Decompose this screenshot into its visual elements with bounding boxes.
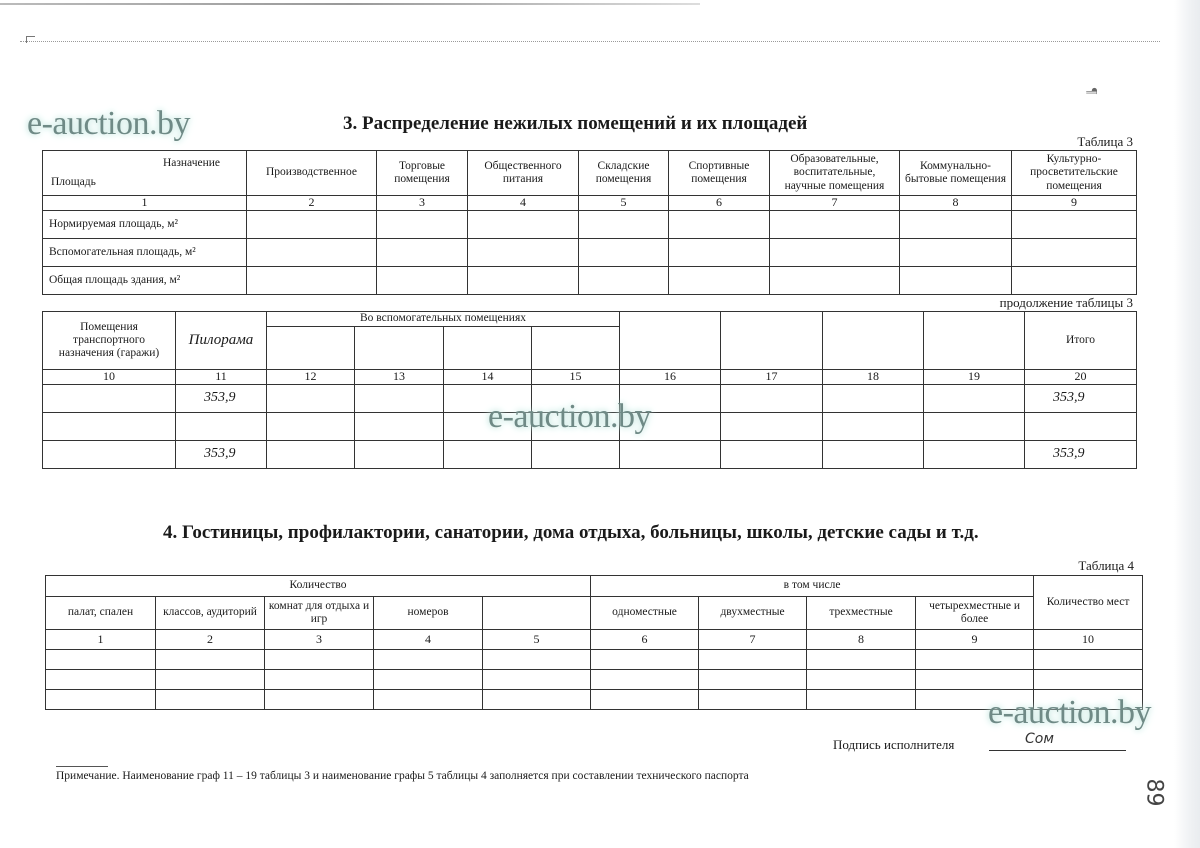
col-number: 10 [43, 370, 176, 385]
table-cell: 353,9 [1025, 441, 1137, 469]
table-cell [532, 441, 620, 469]
table3-diagonal-header: Назначение Площадь [43, 151, 247, 196]
table-cell [823, 385, 924, 413]
col-number: 1 [46, 630, 156, 650]
col-header: Спортивные помещения [669, 151, 770, 196]
table-cell [355, 441, 444, 469]
table-cell [807, 690, 916, 710]
col-header-total: Итого [1025, 312, 1137, 370]
handwritten-page-number: 89 [1142, 779, 1167, 807]
table-cell [1012, 267, 1137, 295]
col-number: 13 [355, 370, 444, 385]
col-number: 14 [444, 370, 532, 385]
table-cell [924, 385, 1025, 413]
table-cell [374, 690, 483, 710]
col-number: 5 [579, 196, 669, 211]
table-cell: 353,9 [1025, 385, 1137, 413]
table-cell [377, 211, 468, 239]
table-cell [247, 211, 377, 239]
table-cell [807, 650, 916, 670]
table-row [46, 670, 1143, 690]
table4: Количество в том числе Количество мест п… [45, 575, 1143, 710]
table-cell [265, 670, 374, 690]
table-cell [900, 211, 1012, 239]
column-numbers-row: 1 2 3 4 5 6 7 8 9 [43, 196, 1137, 211]
table-cell [669, 239, 770, 267]
table-cell [579, 211, 669, 239]
table-cell [770, 211, 900, 239]
table-cell [591, 650, 699, 670]
corner-mark [26, 36, 35, 43]
col-header-places: Количество мест [1034, 576, 1143, 630]
signature-label: Подпись исполнителя [833, 737, 954, 753]
table-cell [1034, 650, 1143, 670]
watermark: e-auction.by [988, 694, 1151, 732]
table-cell [46, 690, 156, 710]
table-cell [483, 690, 591, 710]
table-cell [807, 670, 916, 690]
table-cell [770, 267, 900, 295]
group-header-quantity: Количество [46, 576, 591, 597]
col-number: 18 [823, 370, 924, 385]
table-row [46, 690, 1143, 710]
table-cell: 353,9 [176, 441, 267, 469]
table-cell [267, 385, 355, 413]
table-cell [924, 413, 1025, 441]
signature-line [989, 750, 1126, 751]
table-cell [770, 239, 900, 267]
watermark: e-auction.by [488, 398, 651, 436]
col-header-sawmill: Пилорама [176, 312, 267, 370]
col-number: 17 [721, 370, 823, 385]
group-header-including: в том числе [591, 576, 1034, 597]
table-row: 353,9353,9 [43, 441, 1137, 469]
table-cell [156, 650, 265, 670]
col-number: 19 [924, 370, 1025, 385]
col-number: 2 [156, 630, 265, 650]
table-cell [1012, 239, 1137, 267]
col-number: 6 [669, 196, 770, 211]
table-cell [374, 650, 483, 670]
col-header-empty [924, 312, 1025, 370]
table-cell [721, 385, 823, 413]
col-number: 10 [1034, 630, 1143, 650]
table-row [46, 650, 1143, 670]
col-header-empty [620, 312, 721, 370]
table-cell [699, 650, 807, 670]
table-cell [444, 441, 532, 469]
table-cell [916, 650, 1034, 670]
table-cell [823, 441, 924, 469]
footnote-rule [56, 766, 108, 767]
row-label: Общая площадь здания, м² [43, 267, 247, 295]
table-cell [699, 690, 807, 710]
table-cell [1034, 670, 1143, 690]
table-cell [1025, 413, 1137, 441]
table-cell [247, 267, 377, 295]
col-number: 4 [468, 196, 579, 211]
table-cell [916, 670, 1034, 690]
table-cell [355, 385, 444, 413]
table-cell [468, 239, 579, 267]
col-header: Торговые помещения [377, 151, 468, 196]
header-purpose: Назначение [163, 157, 220, 170]
table-cell [483, 650, 591, 670]
table-cell [43, 441, 176, 469]
table-cell [721, 413, 823, 441]
col-number: 4 [374, 630, 483, 650]
table-cell [267, 441, 355, 469]
table-cell [176, 413, 267, 441]
col-header: одноместные [591, 597, 699, 630]
table-cell [468, 211, 579, 239]
table3-caption: Таблица 3 [1077, 134, 1133, 150]
table-row: Общая площадь здания, м² [43, 267, 1137, 295]
col-number: 15 [532, 370, 620, 385]
row-label: Вспомогательная площадь, м² [43, 239, 247, 267]
table-cell [46, 670, 156, 690]
handwritten-mark-top: ¶ [1083, 88, 1099, 94]
table4-caption: Таблица 4 [1078, 558, 1134, 574]
col-header: Производственное [247, 151, 377, 196]
table-cell [591, 670, 699, 690]
col-header: Складские помещения [579, 151, 669, 196]
table-cell [483, 670, 591, 690]
table-row: Вспомогательная площадь, м² [43, 239, 1137, 267]
col-header: классов, аудиторий [156, 597, 265, 630]
table-cell [43, 413, 176, 441]
table-cell: 353,9 [176, 385, 267, 413]
col-header: трехместные [807, 597, 916, 630]
table-cell [924, 441, 1025, 469]
table-cell [669, 267, 770, 295]
table-cell [355, 413, 444, 441]
col-number: 6 [591, 630, 699, 650]
col-number: 16 [620, 370, 721, 385]
table3-continuation: Помещения транспортного назначения (гара… [42, 311, 1137, 469]
table-cell [43, 385, 176, 413]
col-number: 20 [1025, 370, 1137, 385]
col-number: 8 [900, 196, 1012, 211]
column-numbers-row: 12345678910 [46, 630, 1143, 650]
col-number: 3 [377, 196, 468, 211]
table-cell [46, 650, 156, 670]
table-cell [579, 239, 669, 267]
col-header: Культурно-просветительские помещения [1012, 151, 1137, 196]
table4-title: 4. Гостиницы, профилактории, санатории, … [163, 522, 979, 544]
col-number: 8 [807, 630, 916, 650]
col-number: 7 [699, 630, 807, 650]
table-cell [900, 267, 1012, 295]
table3-title: 3. Распределение нежилых помещений и их … [343, 113, 807, 135]
table-cell [579, 267, 669, 295]
table-cell [265, 690, 374, 710]
table-cell [591, 690, 699, 710]
table-cell [377, 239, 468, 267]
col-header-empty [823, 312, 924, 370]
watermark: e-auction.by [27, 105, 190, 143]
table-row: Нормируемая площадь, м² [43, 211, 1137, 239]
header-area: Площадь [51, 176, 96, 189]
column-numbers-row: 1011121314151617181920 [43, 370, 1137, 385]
col-header-garages: Помещения транспортного назначения (гара… [43, 312, 176, 370]
col-header: комнат для отдыха и игр [265, 597, 374, 630]
footnote: Примечание. Наименование граф 11 – 19 та… [56, 770, 749, 782]
col-header: номеров [374, 597, 483, 630]
col-header: двухместные [699, 597, 807, 630]
table-cell [265, 650, 374, 670]
table3: Назначение Площадь Производственное Торг… [42, 150, 1137, 295]
table-cell [1012, 211, 1137, 239]
scan-page-edge [1174, 0, 1200, 848]
col-header-empty [355, 327, 444, 370]
col-header [483, 597, 591, 630]
table-cell [620, 441, 721, 469]
col-number: 9 [1012, 196, 1137, 211]
col-number: 3 [265, 630, 374, 650]
col-header-empty [444, 327, 532, 370]
col-header: Коммунально-бытовые помещения [900, 151, 1012, 196]
col-number: 1 [43, 196, 247, 211]
table3-continuation-caption: продолжение таблицы 3 [1000, 295, 1133, 311]
table-cell [156, 690, 265, 710]
table-cell [156, 670, 265, 690]
table-cell [247, 239, 377, 267]
col-header-empty [532, 327, 620, 370]
table-cell [699, 670, 807, 690]
row-label: Нормируемая площадь, м² [43, 211, 247, 239]
signature-handwriting: Сом [1025, 731, 1054, 747]
table-cell [377, 267, 468, 295]
col-number: 5 [483, 630, 591, 650]
table-cell [823, 413, 924, 441]
col-header: Образовательные, воспитательные, научные… [770, 151, 900, 196]
table-cell [267, 413, 355, 441]
col-header-empty [721, 312, 823, 370]
group-header-auxiliary: Во вспомогательных помещениях [267, 312, 620, 327]
table-cell [900, 239, 1012, 267]
table-cell [669, 211, 770, 239]
col-number: 2 [247, 196, 377, 211]
col-number: 11 [176, 370, 267, 385]
col-header: четырехместные и более [916, 597, 1034, 630]
table-cell [721, 441, 823, 469]
table-cell [374, 670, 483, 690]
col-number: 7 [770, 196, 900, 211]
col-header: палат, спален [46, 597, 156, 630]
col-number: 12 [267, 370, 355, 385]
scan-artifact-line [0, 3, 700, 5]
scan-artifact-dotted-line [20, 41, 1160, 43]
col-header: Общественного питания [468, 151, 579, 196]
table-cell [468, 267, 579, 295]
col-header-empty [267, 327, 355, 370]
col-number: 9 [916, 630, 1034, 650]
